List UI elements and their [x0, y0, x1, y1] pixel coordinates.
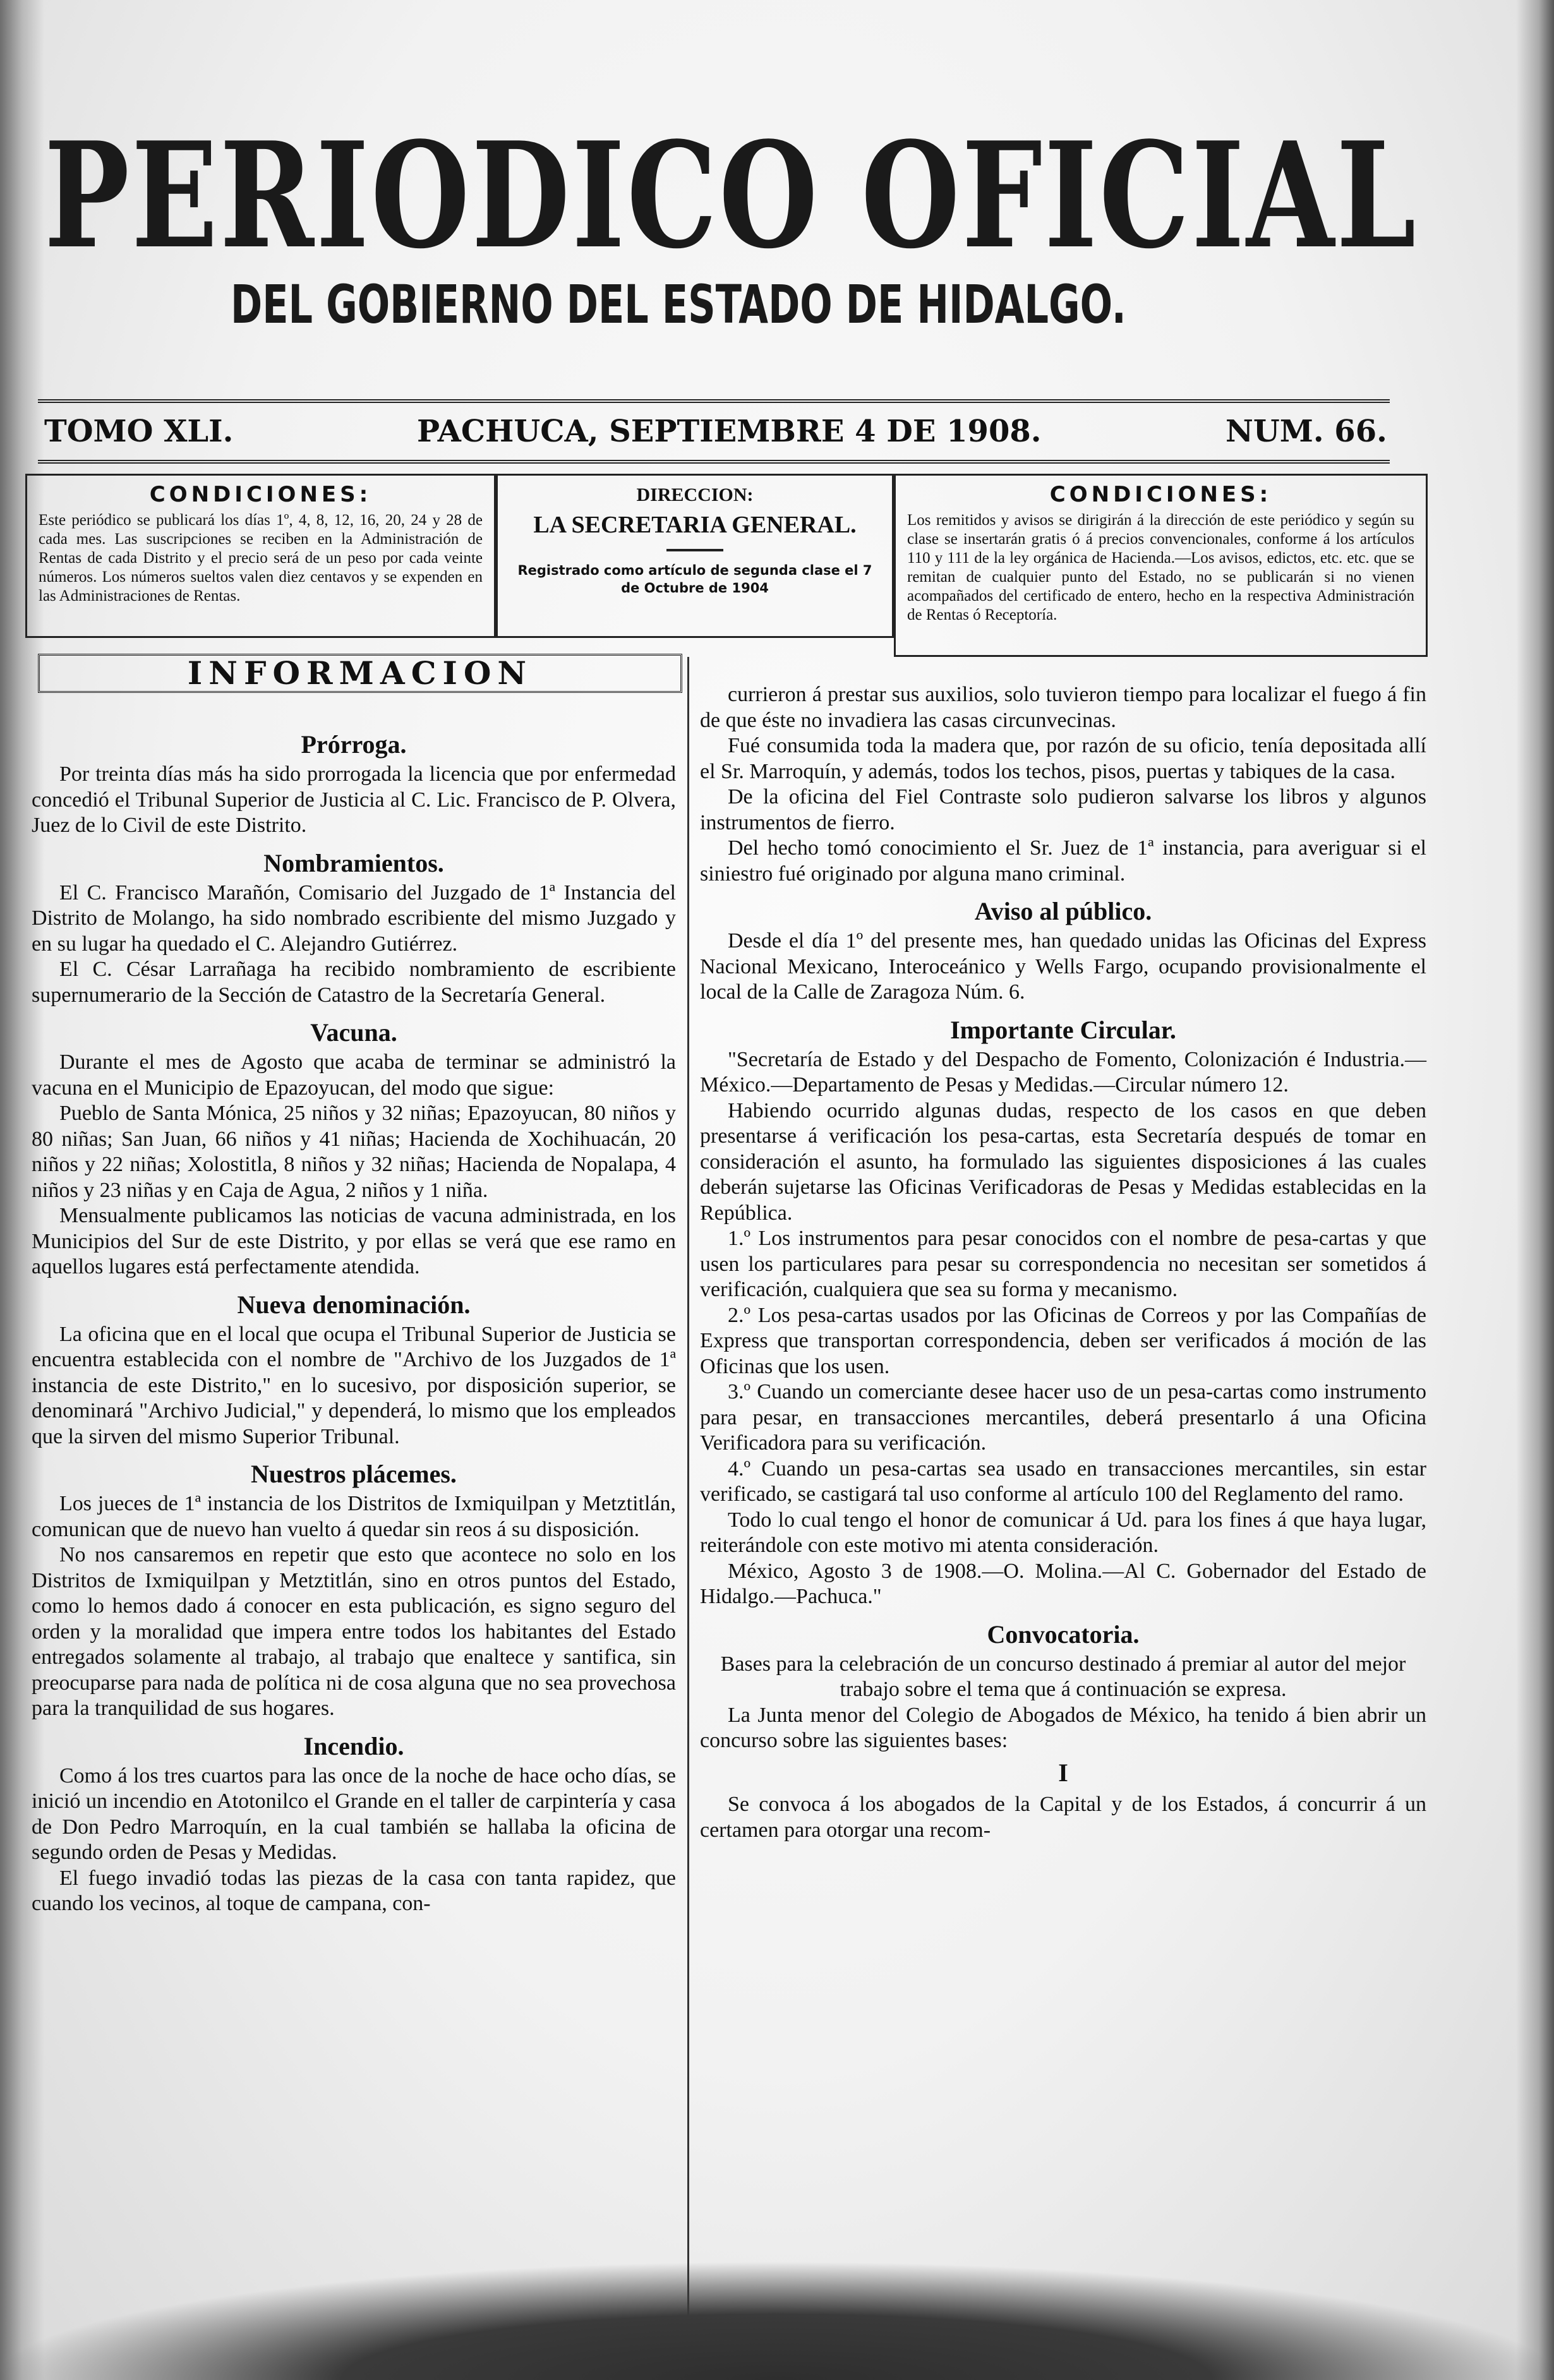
article-paragraph: "Secretaría de Estado y del Despacho de …	[700, 1047, 1426, 1098]
issue-number: NUM. 66.	[1226, 414, 1387, 449]
article: Importante Circular."Secretaría de Estad…	[700, 1016, 1426, 1610]
article: Convocatoria.Bases para la celebración d…	[700, 1620, 1426, 1844]
section-banner: INFORMACION	[38, 654, 682, 693]
article-paragraph: 2.º Los pesa-cartas usados por las Ofici…	[700, 1303, 1426, 1380]
article-paragraph: Habiendo ocurrido algunas dudas, respect…	[700, 1098, 1426, 1227]
page-edge-shadow-right	[1516, 0, 1554, 2380]
masthead-title: PERIODICO OFICIAL	[44, 123, 1079, 268]
article-paragraph: Se convoca á los abogados de la Capital …	[700, 1792, 1426, 1843]
divider-bar	[666, 549, 723, 551]
article-paragraph: México, Agosto 3 de 1908.—O. Molina.—Al …	[700, 1559, 1426, 1610]
article: Nuestros plácemes.Los jueces de 1ª insta…	[32, 1460, 676, 1722]
right-column: currieron á prestar sus auxilios, solo t…	[700, 682, 1426, 1843]
conditions-text: Los remitidos y avisos se dirigirán á la…	[907, 511, 1414, 625]
article: Vacuna.Durante el mes de Agosto que acab…	[32, 1018, 676, 1280]
article-heading: Aviso al público.	[700, 897, 1426, 926]
article-paragraph: 3.º Cuando un comerciante desee hacer us…	[700, 1379, 1426, 1457]
article-subheading: Bases para la celebración de un concurso…	[700, 1652, 1426, 1703]
article-heading: Convocatoria.	[700, 1620, 1426, 1649]
page-curl-shadow	[0, 2216, 1554, 2380]
article-paragraph: Mensualmente publicamos las noticias de …	[32, 1203, 676, 1280]
article-paragraph: Todo lo cual tengo el honor de comunicar…	[700, 1508, 1426, 1559]
article-heading: Incendio.	[32, 1732, 676, 1761]
conditions-text: Este periódico se publicará los días 1º,…	[39, 511, 483, 606]
article-paragraph: Pueblo de Santa Mónica, 25 niños y 32 ni…	[32, 1101, 676, 1203]
masthead-subtitle: DEL GOBIERNO DEL ESTADO DE HIDALGO.	[231, 278, 1126, 331]
article-paragraph: Del hecho tomó conocimiento el Sr. Juez …	[700, 836, 1426, 887]
article-paragraph: La oficina que en el local que ocupa el …	[32, 1322, 676, 1450]
place-date: PACHUCA, SEPTIEMBRE 4 DE 1908.	[417, 414, 1041, 449]
article: Aviso al público.Desde el día 1º del pre…	[700, 897, 1426, 1006]
article-paragraph: 4.º Cuando un pesa-cartas sea usado en t…	[700, 1457, 1426, 1508]
dateline: TOMO XLI. PACHUCA, SEPTIEMBRE 4 DE 1908.…	[38, 414, 1383, 458]
direction-box: DIRECCION: LA SECRETARIA GENERAL. Regist…	[496, 474, 894, 638]
conditions-box-left: CONDICIONES: Este periódico se publicará…	[25, 474, 496, 638]
article-paragraph: Por treinta días más ha sido prorrogada …	[32, 762, 676, 839]
divider-rule	[38, 460, 1390, 464]
article: Prórroga.Por treinta días más ha sido pr…	[32, 730, 676, 839]
article: Nueva denominación.La oficina que en el …	[32, 1290, 676, 1450]
direction-label: DIRECCION:	[509, 484, 881, 506]
article: Nombramientos.El C. Francisco Marañón, C…	[32, 849, 676, 1009]
article-paragraph: El C. César Larrañaga ha recibido nombra…	[32, 957, 676, 1008]
article-paragraph: Los jueces de 1ª instancia de los Distri…	[32, 1491, 676, 1542]
article: Incendio.Como á los tres cuartos para la…	[32, 1732, 676, 1917]
article-paragraph: Desde el día 1º del presente mes, han qu…	[700, 929, 1426, 1006]
section-numeral: I	[700, 1760, 1426, 1786]
left-column: Prórroga.Por treinta días más ha sido pr…	[32, 720, 676, 1917]
article-paragraph: De la oficina del Fiel Contraste solo pu…	[700, 784, 1426, 836]
divider-rule	[38, 399, 1390, 403]
article-paragraph: No nos cansaremos en repetir que esto qu…	[32, 1542, 676, 1722]
newspaper-page: PERIODICO OFICIAL DEL GOBIERNO DEL ESTAD…	[0, 0, 1554, 2380]
article-heading: Nueva denominación.	[32, 1290, 676, 1319]
article-paragraph: Como á los tres cuartos para las once de…	[32, 1764, 676, 1866]
article: currieron á prestar sus auxilios, solo t…	[700, 682, 1426, 887]
column-divider	[687, 657, 689, 2362]
conditions-heading: CONDICIONES:	[39, 482, 483, 507]
article-heading: Nombramientos.	[32, 849, 676, 878]
article-paragraph: currieron á prestar sus auxilios, solo t…	[700, 682, 1426, 733]
article-paragraph: La Junta menor del Colegio de Abogados d…	[700, 1703, 1426, 1754]
conditions-box-right: CONDICIONES: Los remitidos y avisos se d…	[894, 474, 1428, 657]
article-heading: Prórroga.	[32, 730, 676, 759]
article-paragraph: Durante el mes de Agosto que acaba de te…	[32, 1050, 676, 1101]
article-heading: Vacuna.	[32, 1018, 676, 1047]
direction-name: LA SECRETARIA GENERAL.	[509, 511, 881, 539]
article-paragraph: El C. Francisco Marañón, Comisario del J…	[32, 880, 676, 958]
article-paragraph: Fué consumida toda la madera que, por ra…	[700, 733, 1426, 784]
article-paragraph: El fuego invadió todas las piezas de la …	[32, 1866, 676, 1917]
article-heading: Nuestros plácemes.	[32, 1460, 676, 1489]
article-paragraph: 1.º Los instrumentos para pesar conocido…	[700, 1226, 1426, 1303]
conditions-heading: CONDICIONES:	[907, 482, 1414, 507]
registration-note: Registrado como artículo de segunda clas…	[509, 562, 881, 598]
article-heading: Importante Circular.	[700, 1016, 1426, 1045]
tomo-label: TOMO XLI.	[44, 414, 233, 449]
